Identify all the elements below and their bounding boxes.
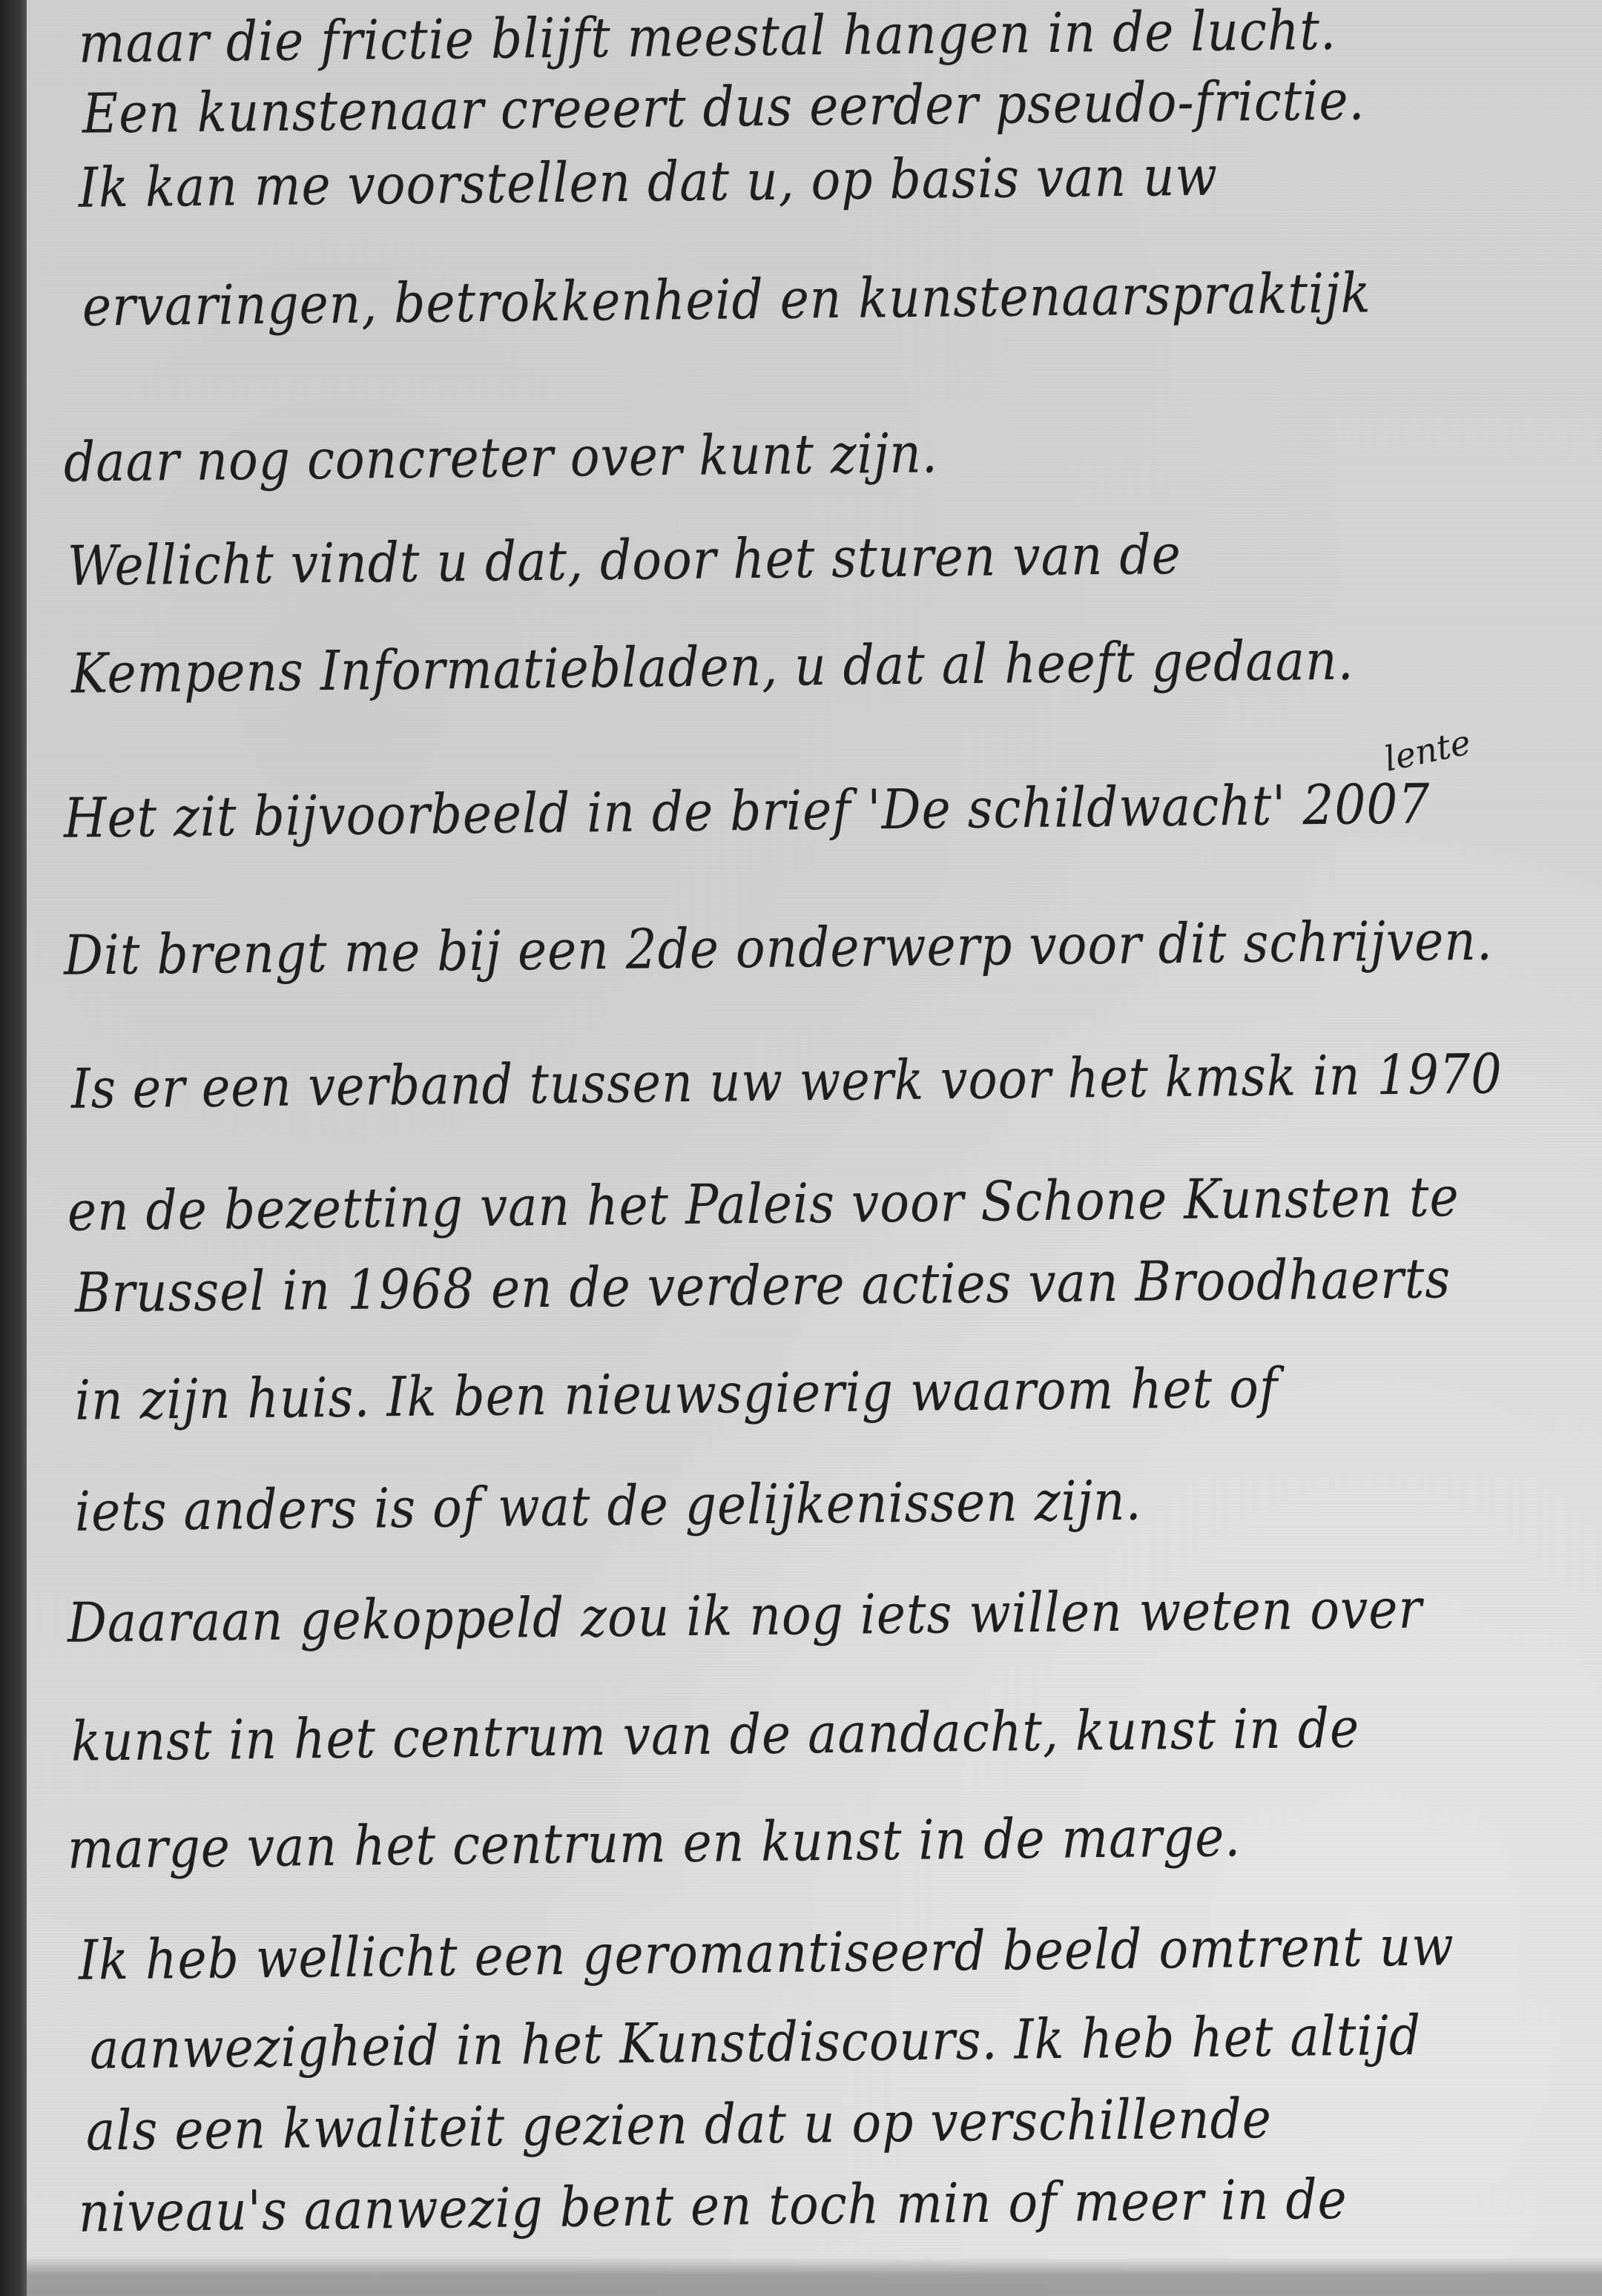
letter-line-1: maar die frictie blijft meestal hangen i… [79,0,1337,76]
paper-bottom-edge [27,2257,1602,2296]
letter-line-13: in zijn huis. Ik ben nieuwsgierig waarom… [75,1356,1279,1432]
letter-page: maar die frictie blijft meestal hangen i… [27,0,1602,2296]
letter-line-17: marge van het centrum en kunst in de mar… [67,1805,1242,1881]
letter-line-5: daar nog concreter over kunt zijn. [64,421,939,495]
letter-line-6: Wellicht vindt u dat, door het sturen va… [67,523,1182,598]
letter-line-16: kunst in het centrum van de aandacht, ku… [71,1696,1360,1773]
letter-line-3: Ik kan me voorstellen dat u, op basis va… [79,144,1219,220]
letter-line-4: ervaringen, betrokkenheid en kunstenaars… [82,261,1371,338]
letter-line-2: Een kunstenaar creeert dus eerder pseudo… [82,68,1365,145]
letter-line-7: Kempens Informatiebladen, u dat al heeft… [71,628,1354,705]
table-edge-shadow [0,0,28,2296]
letter-line-14: iets anders is of wat de gelijkenissen z… [75,1468,1142,1543]
letter-line-20: als een kwaliteit gezien dat u op versch… [86,2087,1273,2163]
letter-line-21: niveau's aanwezig bent en toch min of me… [79,2167,1348,2244]
